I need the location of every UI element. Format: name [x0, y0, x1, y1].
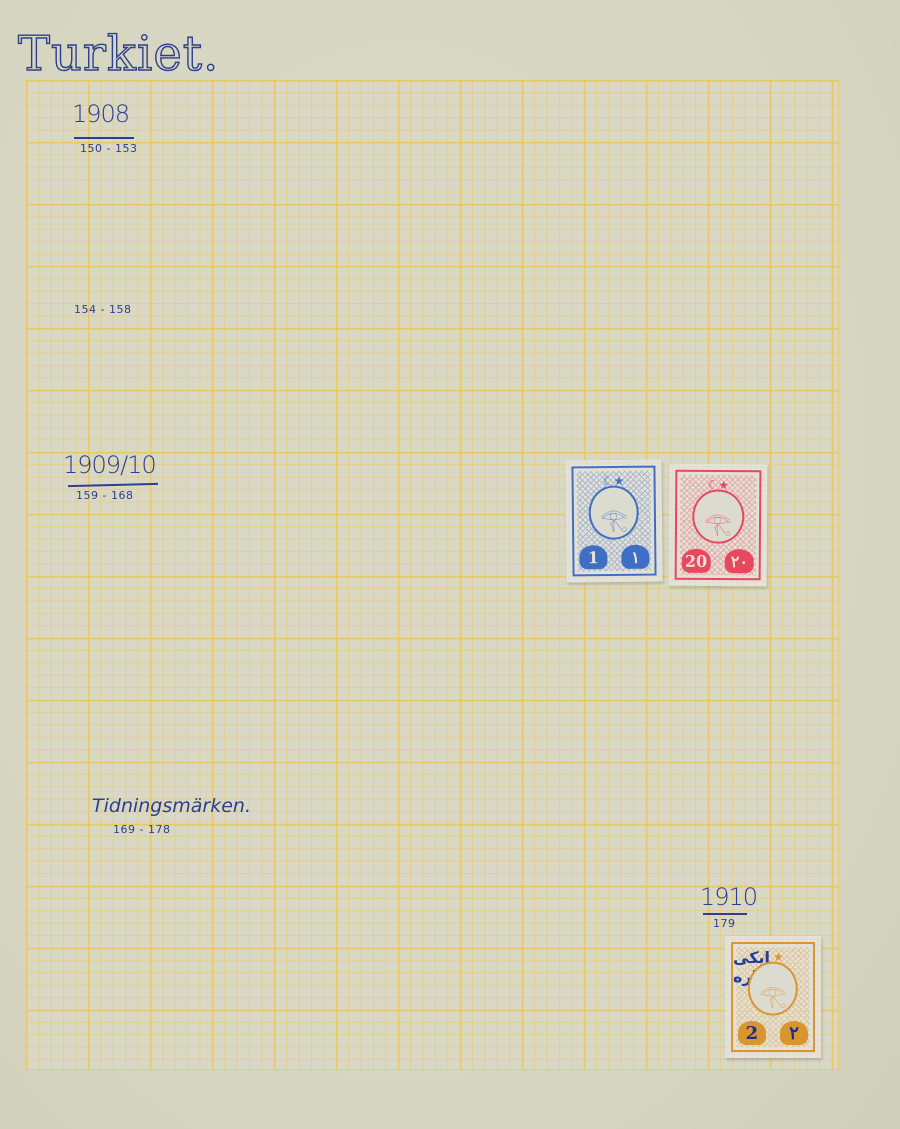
value-right: ١ [631, 547, 640, 566]
section-rule [74, 137, 134, 139]
value-left: 1 [588, 548, 599, 567]
value-right: ٢٠ [731, 552, 748, 571]
stamp-blue-1: ☾★ 𓂀 1 ١ [565, 460, 662, 583]
value-row: 1 ١ [579, 545, 650, 569]
stamp-orange-2-overprint: ☾★ ایکی پاره 𓂀 2 ٢ [725, 936, 821, 1058]
stamp-red-20: ☾★ 𓂀 20 ٢٠ [669, 464, 768, 587]
catalog-range-154-158: 154 - 158 [74, 303, 131, 316]
album-page: Turkiet. 1908 150 - 153 154 - 158 1909/1… [0, 0, 900, 1129]
catalog-range-159-168: 159 - 168 [76, 489, 133, 502]
value-left: 2 [746, 1023, 759, 1044]
catalog-range-169-178: 169 - 178 [113, 823, 170, 836]
tughra-icon: 𓂀 [759, 975, 786, 1011]
tughra-icon: 𓂀 [600, 499, 628, 535]
catalog-range-179: 179 [713, 917, 736, 930]
value-right: ٢ [789, 1023, 799, 1044]
catalog-range-150-153: 150 - 153 [80, 142, 137, 155]
value-row: 2 ٢ [738, 1021, 808, 1044]
section-rule [703, 913, 747, 915]
section-year-1908: 1908 [72, 100, 129, 128]
stamp-face: ☾★ 𓂀 20 ٢٠ [675, 470, 762, 581]
tughra-icon: 𓂀 [704, 503, 732, 539]
stamp-face: ☾★ 𓂀 1 ١ [571, 466, 656, 577]
section-year-1910: 1910 [700, 883, 757, 911]
section-label-newspaper-stamps: Tidningsmärken. [92, 795, 251, 817]
stamp-face: ☾★ ایکی پاره 𓂀 2 ٢ [731, 942, 815, 1052]
section-year-1909-10: 1909/10 [63, 451, 156, 479]
value-row: 20 ٢٠ [682, 549, 754, 573]
page-title: Turkiet. [18, 30, 219, 78]
value-left: 20 [685, 551, 707, 570]
